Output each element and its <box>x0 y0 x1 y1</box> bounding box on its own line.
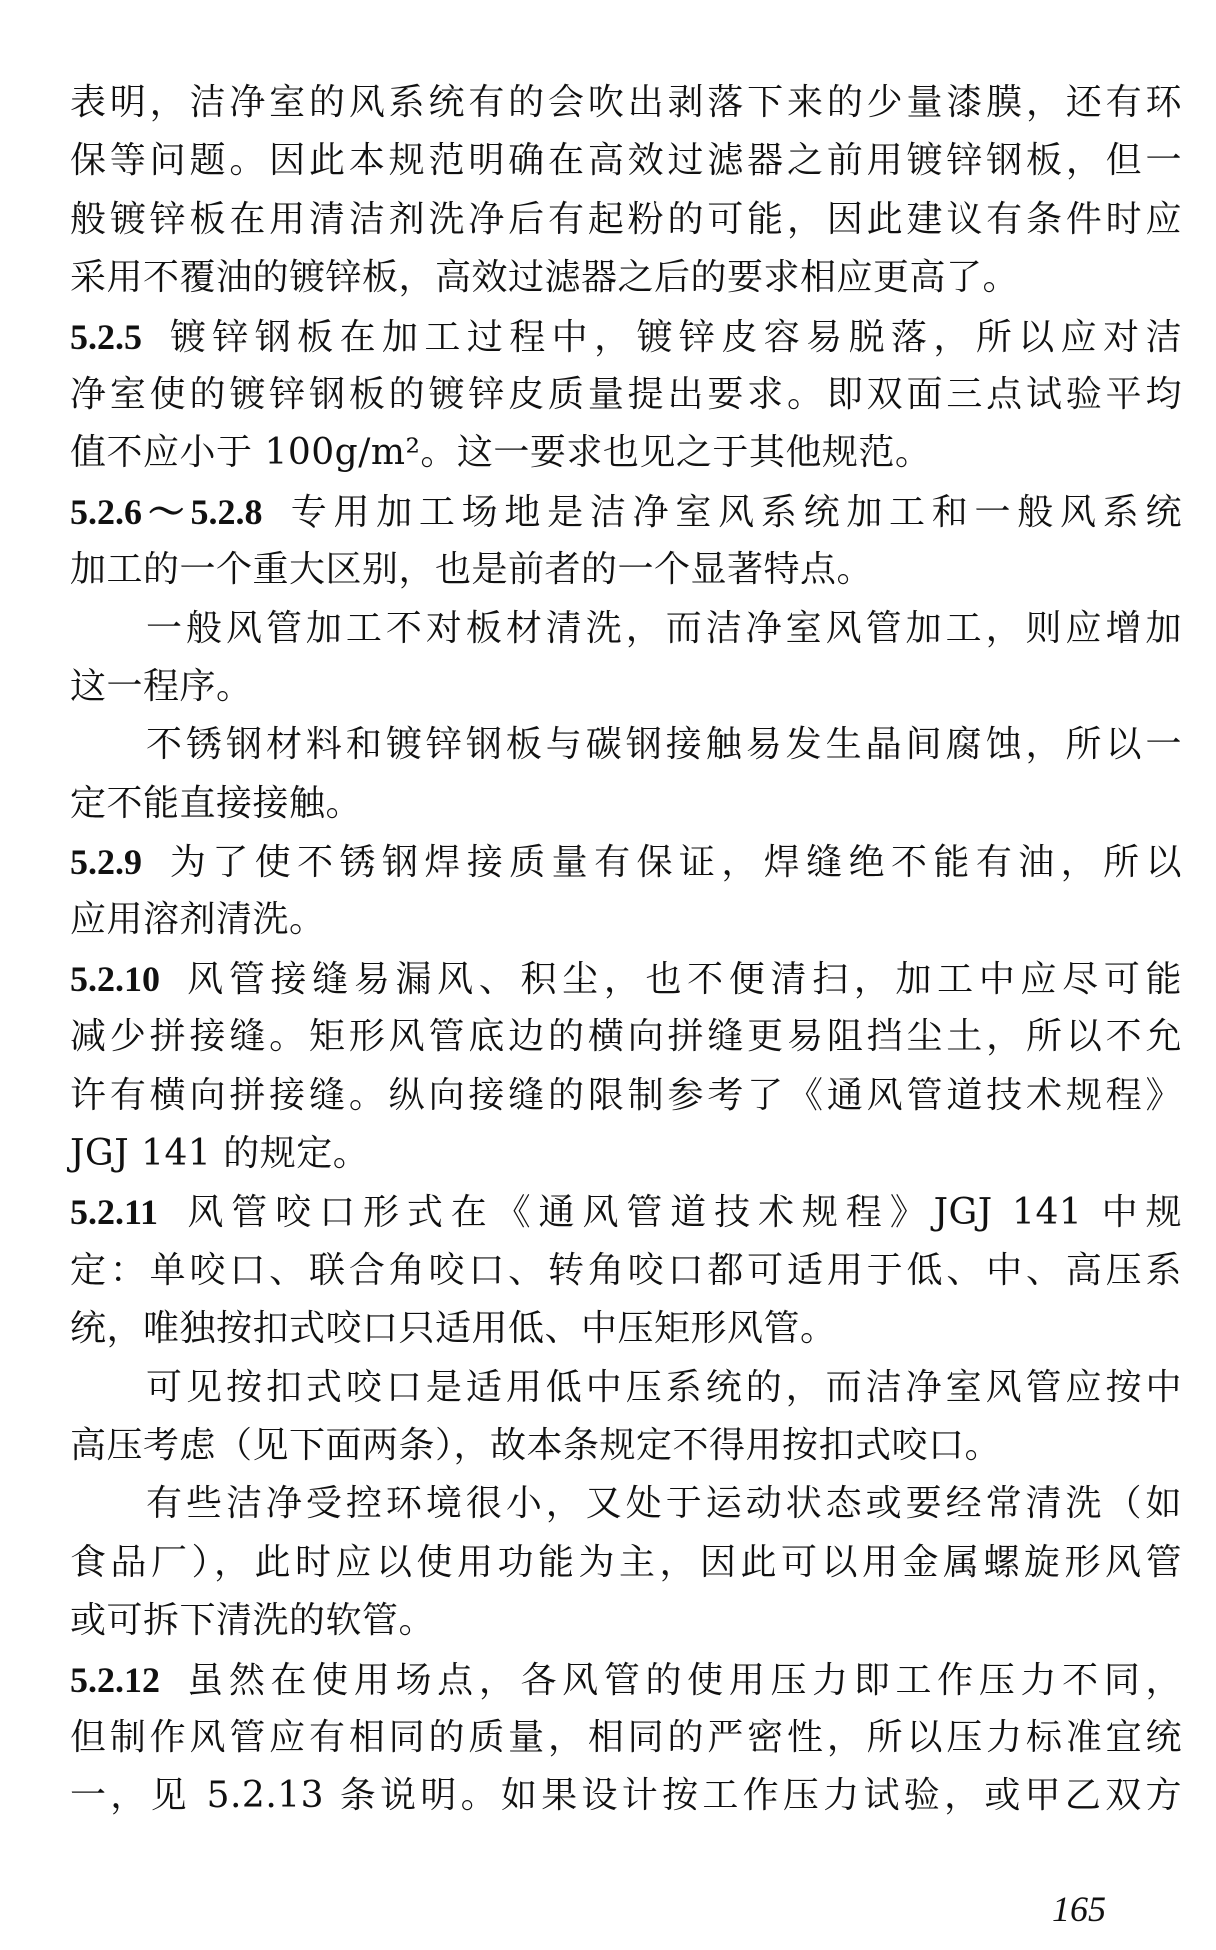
text-line: 5.2.10风管接缝易漏风、积尘，也不便清扫，加工中应尽可能 <box>70 950 1182 1008</box>
clause-text: 镀锌钢板在加工过程中，镀锌皮容易脱落，所以应对洁 <box>164 317 1182 358</box>
clause-number: 5.2.12 <box>70 1660 160 1700</box>
clause-5-2-12: 5.2.12虽然在使用场点，各风管的使用压力即工作压力不同， 但制作风管应有相同… <box>70 1651 1182 1826</box>
clause-number: 5.2.5 <box>70 317 142 357</box>
text-line: 定不能直接接触。 <box>70 775 1182 833</box>
clause-text: 专用加工场地是洁净室风系统加工和一般风系统 <box>284 492 1182 533</box>
text-line: 统，唯独按扣式咬口只适用低、中压矩形风管。 <box>70 1300 1182 1358</box>
text-line: 食品厂），此时应以使用功能为主，因此可以用金属螺旋形风管 <box>70 1534 1182 1592</box>
text-line: 5.2.12虽然在使用场点，各风管的使用压力即工作压力不同， <box>70 1651 1182 1709</box>
text-line: 5.2.9为了使不锈钢焊接质量有保证，焊缝绝不能有油，所以 <box>70 833 1182 891</box>
paragraph: 可见按扣式咬口是适用低中压系统的，而洁净室风管应按中 高压考虑（见下面两条），故… <box>70 1359 1182 1476</box>
clause-5-2-10: 5.2.10风管接缝易漏风、积尘，也不便清扫，加工中应尽可能 减少拼接缝。矩形风… <box>70 950 1182 1184</box>
text-line: 定：单咬口、联合角咬口、转角咬口都可适用于低、中、高压系 <box>70 1242 1182 1300</box>
paragraph: 表明，洁净室的风系统有的会吹出剥落下来的少量漆膜，还有环 保等问题。因此本规范明… <box>70 74 1182 308</box>
text-line: 一，见 5.2.13 条说明。如果设计按工作压力试验，或甲乙双方 <box>70 1767 1182 1825</box>
text-line: 般镀锌板在用清洁剂洗净后有起粉的可能，因此建议有条件时应 <box>70 191 1182 249</box>
text-line: 5.2.11风管咬口形式在《通风管道技术规程》JGJ 141 中规 <box>70 1183 1182 1241</box>
text-line: 保等问题。因此本规范明确在高效过滤器之前用镀锌钢板，但一 <box>70 132 1182 190</box>
clause-5-2-6-to-5-2-8: 5.2.6～5.2.8专用加工场地是洁净室风系统加工和一般风系统 加工的一个重大… <box>70 483 1182 600</box>
text-line: 可见按扣式咬口是适用低中压系统的，而洁净室风管应按中 <box>70 1359 1182 1417</box>
text-line: 应用溶剂清洗。 <box>70 891 1182 949</box>
clause-5-2-11: 5.2.11风管咬口形式在《通风管道技术规程》JGJ 141 中规 定：单咬口、… <box>70 1183 1182 1358</box>
text-line: 净室使的镀锌钢板的镀锌皮质量提出要求。即双面三点试验平均 <box>70 366 1182 424</box>
clause-number: 5.2.11 <box>70 1192 158 1232</box>
text-line: 5.2.6～5.2.8专用加工场地是洁净室风系统加工和一般风系统 <box>70 483 1182 541</box>
clause-number: 5.2.9 <box>70 842 142 882</box>
text-line: 加工的一个重大区别，也是前者的一个显著特点。 <box>70 541 1182 599</box>
text-line: JGJ 141 的规定。 <box>70 1125 1182 1183</box>
clause-text: 风管接缝易漏风、积尘，也不便清扫，加工中应尽可能 <box>182 959 1182 1000</box>
text-line: 有些洁净受控环境很小，又处于运动状态或要经常清洗（如 <box>70 1475 1182 1533</box>
text-line: 但制作风管应有相同的质量，相同的严密性，所以压力标准宜统 <box>70 1709 1182 1767</box>
text-line: 或可拆下清洗的软管。 <box>70 1592 1182 1650</box>
document-page: 表明，洁净室的风系统有的会吹出剥落下来的少量漆膜，还有环 保等问题。因此本规范明… <box>70 74 1182 1826</box>
text-line: 值不应小于 100g/m²。这一要求也见之于其他规范。 <box>70 424 1182 482</box>
paragraph: 不锈钢材料和镀锌钢板与碳钢接触易发生晶间腐蚀，所以一 定不能直接接触。 <box>70 716 1182 833</box>
text-line: 高压考虑（见下面两条），故本条规定不得用按扣式咬口。 <box>70 1417 1182 1475</box>
clause-text: 虽然在使用场点，各风管的使用压力即工作压力不同， <box>182 1660 1182 1701</box>
clause-text: 为了使不锈钢焊接质量有保证，焊缝绝不能有油，所以 <box>164 842 1182 883</box>
text-line: 5.2.5镀锌钢板在加工过程中，镀锌皮容易脱落，所以应对洁 <box>70 308 1182 366</box>
clause-number: 5.2.6～5.2.8 <box>70 492 262 532</box>
clause-number: 5.2.10 <box>70 959 160 999</box>
clause-text: 风管咬口形式在《通风管道技术规程》JGJ 141 中规 <box>180 1192 1182 1233</box>
text-line: 减少拼接缝。矩形风管底边的横向拼缝更易阻挡尘土，所以不允 <box>70 1008 1182 1066</box>
text-line: 表明，洁净室的风系统有的会吹出剥落下来的少量漆膜，还有环 <box>70 74 1182 132</box>
text-line: 许有横向拼接缝。纵向接缝的限制参考了《通风管道技术规程》 <box>70 1067 1182 1125</box>
paragraph: 有些洁净受控环境很小，又处于运动状态或要经常清洗（如 食品厂），此时应以使用功能… <box>70 1475 1182 1650</box>
text-line: 一般风管加工不对板材清洗，而洁净室风管加工，则应增加 <box>70 600 1182 658</box>
page-number: 165 <box>1052 1888 1106 1930</box>
paragraph: 一般风管加工不对板材清洗，而洁净室风管加工，则应增加 这一程序。 <box>70 600 1182 717</box>
clause-5-2-5: 5.2.5镀锌钢板在加工过程中，镀锌皮容易脱落，所以应对洁 净室使的镀锌钢板的镀… <box>70 308 1182 483</box>
clause-5-2-9: 5.2.9为了使不锈钢焊接质量有保证，焊缝绝不能有油，所以 应用溶剂清洗。 <box>70 833 1182 950</box>
text-line: 采用不覆油的镀锌板，高效过滤器之后的要求相应更高了。 <box>70 249 1182 307</box>
text-line: 不锈钢材料和镀锌钢板与碳钢接触易发生晶间腐蚀，所以一 <box>70 716 1182 774</box>
text-line: 这一程序。 <box>70 658 1182 716</box>
